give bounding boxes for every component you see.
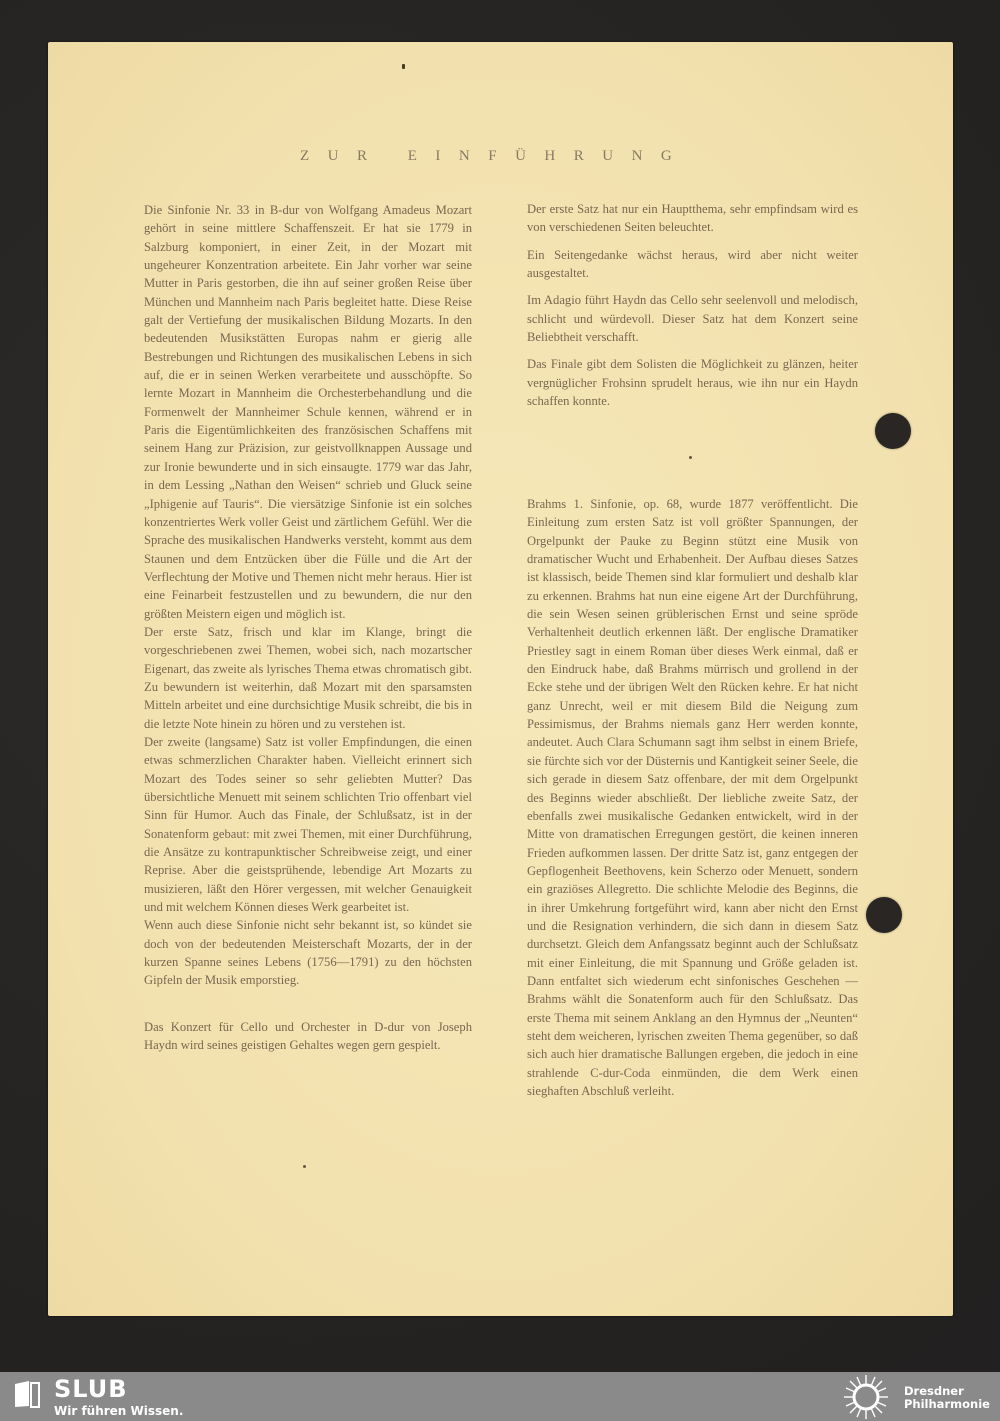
- haydn-adagio-paragraph: Im Adagio führt Haydn das Cello sehr see…: [527, 291, 858, 346]
- slub-tagline: Wir führen Wissen.: [54, 1404, 183, 1418]
- right-column-brahms: Brahms 1. Sinfonie, op. 68, wurde 1877 v…: [527, 495, 858, 1100]
- punch-hole-top: [875, 413, 911, 449]
- haydn-side-theme-paragraph: Ein Seitengedanke wächst heraus, wird ab…: [527, 246, 858, 283]
- punch-hole-bottom: [866, 897, 902, 933]
- section-divider-dot: [303, 1165, 306, 1168]
- haydn-first-movement-paragraph: Der erste Satz hat nur ein Hauptthema, s…: [527, 200, 858, 237]
- mozart-conclusion-paragraph: Wenn auch diese Sinfonie nicht sehr beka…: [144, 916, 472, 989]
- mozart-first-movement-paragraph: Der erste Satz, frisch und klar im Klang…: [144, 623, 472, 733]
- slub-name: SLUB: [54, 1375, 128, 1403]
- haydn-intro-paragraph: Das Konzert für Cello und Orchester in D…: [144, 1018, 472, 1055]
- mozart-second-movement-paragraph: Der zweite (langsame) Satz ist voller Em…: [144, 733, 472, 916]
- page-heading: ZUR EINFÜHRUNG: [300, 148, 700, 165]
- sunburst-ring-icon: [843, 1374, 889, 1420]
- right-column-haydn: Der erste Satz hat nur ein Hauptthema, s…: [527, 200, 858, 410]
- brahms-paragraph: Brahms 1. Sinfonie, op. 68, wurde 1877 v…: [527, 495, 858, 1100]
- mozart-intro-paragraph: Die Sinfonie Nr. 33 in B-dur von Wolfgan…: [144, 201, 472, 623]
- haydn-finale-paragraph: Das Finale gibt dem Solisten die Möglich…: [527, 355, 858, 410]
- philharmonie-name-line2: Philharmonie: [904, 1398, 990, 1411]
- paper-speck: [402, 64, 405, 69]
- left-column: Die Sinfonie Nr. 33 in B-dur von Wolfgan…: [144, 201, 472, 1054]
- book-icon: [14, 1380, 40, 1408]
- footer-bar: SLUB Wir führen Wissen. Dresdner Philhar…: [0, 1372, 1000, 1421]
- philharmonie-name: Dresdner Philharmonie: [904, 1385, 990, 1411]
- section-divider-dot: [689, 456, 692, 459]
